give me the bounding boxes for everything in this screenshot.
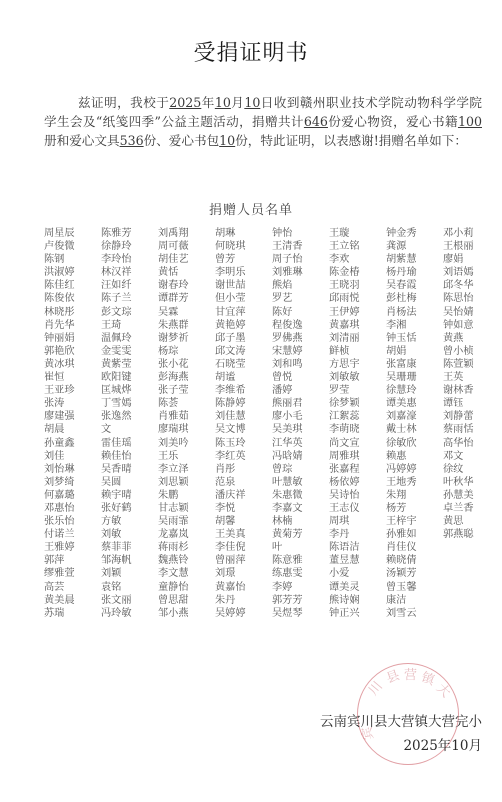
donor-name: 周星辰 (44, 227, 75, 240)
donor-name: 杨琮 (158, 345, 178, 358)
donor-name: 谭美惠 (386, 397, 417, 410)
donor-name: 周琪 (329, 515, 349, 528)
total-items: 646 (304, 114, 328, 129)
donor-name: 赖宇晴 (101, 489, 132, 502)
donor-name: 方思宇 (329, 358, 360, 371)
donor-name: 曾玉馨 (386, 581, 417, 594)
donor-name: 朱丹 (215, 594, 235, 607)
donor-name: 刘怡琳 (44, 463, 75, 476)
donor-name: 李佳倪 (215, 541, 246, 554)
donor-name: 吴婷婷 (215, 607, 246, 620)
donor-name-grid: 周星辰陈雅芳刘禹翔胡琳钟怡王璇钟金秀邓小莉卢俊微徐静玲周可薇何晓琪王清香王立铭龚… (44, 227, 502, 620)
donor-name: 温佩玲 (101, 332, 132, 345)
donor-name: 黄思 (443, 515, 463, 528)
donor-row: 付诺兰刘敏龙嘉岚王美真黄菊芳李丹孙雅如郭燕聪 (44, 528, 502, 541)
donor-name: 何晓琪 (215, 240, 246, 253)
donor-name: 丁雪嫣 (101, 397, 132, 410)
donor-name: 张好鹤 (101, 502, 132, 515)
donor-row: 陈俊依陈子兰谭群芳但小莹罗艺邱雨悦彭杜梅陈思怡 (44, 292, 502, 305)
donor-name: 郭芳芳 (272, 594, 303, 607)
donor-name: 胡谧 (215, 371, 235, 384)
donor-name: 钟怡 (272, 227, 292, 240)
para-text: 月 (231, 95, 244, 110)
donor-name: 王地秀 (386, 476, 417, 489)
donor-name: 王立铭 (329, 240, 360, 253)
para-text: 兹证明，我校于 (78, 95, 169, 110)
donor-name: 黄嘉怡 (215, 581, 246, 594)
donor-row: 陈钢李玲怡胡佳艺曾芳周子怡李欢胡紫慧廖娟 (44, 253, 502, 266)
donor-name: 王伊婷 (329, 306, 360, 319)
donor-name: 朱翔 (386, 489, 406, 502)
donor-name: 王志仪 (329, 502, 360, 515)
donation-year: 2025 (169, 95, 201, 110)
donor-name: 王琦 (101, 319, 121, 332)
para-text: 册和爱心文具 (44, 133, 120, 148)
donor-name: 熊焰 (272, 279, 292, 292)
donor-name: 邹小燕 (158, 607, 189, 620)
donor-name: 吴美琪 (272, 423, 303, 436)
donor-name: 戴士林 (386, 423, 417, 436)
donor-name: 刘佳慧 (215, 410, 246, 423)
donor-name: 黄冰琪 (44, 358, 75, 371)
donor-name: 谢林香 (443, 384, 474, 397)
donor-name: 廖小毛 (272, 410, 303, 423)
donor-name: 王乐 (158, 450, 178, 463)
donor-name: 李文慧 (158, 567, 189, 580)
donor-name: 匡城烨 (101, 384, 132, 397)
stamp-char: 县 (383, 664, 402, 686)
donor-name: 彭文琮 (101, 306, 132, 319)
donor-name: 李嘉文 (272, 502, 303, 515)
donor-name: 徐敏欣 (386, 437, 417, 450)
donor-name: 龙嘉岚 (158, 528, 189, 541)
donor-name: 张文丽 (101, 594, 132, 607)
donor-name: 欧阳键 (101, 371, 132, 384)
donor-name: 朱鹏 (158, 489, 178, 502)
donor-name: 谢春玲 (158, 279, 189, 292)
donor-name: 胡紫慧 (386, 253, 417, 266)
donor-name: 范泉 (215, 476, 235, 489)
donor-name: 杨丹瑜 (386, 266, 417, 279)
donor-name: 刘和鸣 (272, 358, 303, 371)
donor-name: 陈思怡 (443, 292, 474, 305)
donor-name: 李立泽 (158, 463, 189, 476)
donor-name: 王英 (443, 371, 463, 384)
donor-name: 谭群芳 (158, 292, 189, 305)
donor-row: 何嘉璐赖宇晴朱鹏潘庆祥朱惠微吴诗怡朱翔孙慧美 (44, 489, 502, 502)
donor-name: 曾芳 (215, 253, 235, 266)
donor-name: 王梓宇 (386, 515, 417, 528)
donor-name: 龚源 (386, 240, 406, 253)
donor-name: 金雯雯 (101, 345, 132, 358)
donor-name: 肖杨法 (386, 306, 417, 319)
signature-date: 2025年10月 (403, 734, 482, 754)
donor-name: 黄嘉琪 (329, 319, 360, 332)
donor-name: 孙雅如 (386, 528, 417, 541)
donor-name: 程俊逸 (272, 319, 303, 332)
donor-name: 王美真 (215, 528, 246, 541)
donor-name: 胡佳艺 (158, 253, 189, 266)
donor-name: 陈雅芳 (101, 227, 132, 240)
donor-name: 钟丽娟 (44, 332, 75, 345)
donor-name: 林楠 (272, 515, 292, 528)
donor-name: 吴霖 (158, 306, 178, 319)
donor-name: 李红英 (215, 450, 246, 463)
donor-name: 苏瑞 (44, 607, 64, 620)
donor-name: 徐纹 (443, 463, 463, 476)
donor-name: 熊诗娴 (329, 594, 360, 607)
donor-name: 王清香 (272, 240, 303, 253)
donor-name: 鲜桢 (329, 345, 349, 358)
donor-name: 袁铭 (101, 581, 121, 594)
donor-name: 陈荟 (158, 397, 178, 410)
donor-name: 陈佳红 (44, 279, 75, 292)
donor-name: 石晓莹 (215, 358, 246, 371)
donor-row: 郭艳欣金雯雯杨琮邱文涛宋慧婷鲜桢胡娟曾小桢 (44, 345, 502, 358)
donor-name: 冯婷婷 (386, 463, 417, 476)
donor-row: 卢俊微徐静玲周可薇何晓琪王清香王立铭龚源王根丽 (44, 240, 502, 253)
donor-name: 蔡菲菲 (101, 541, 132, 554)
donor-name: 李明乐 (215, 266, 246, 279)
donor-name: 刘敏敏 (329, 371, 360, 384)
donor-name: 彭杜梅 (386, 292, 417, 305)
donor-list-title: 捐赠人员名单 (0, 199, 502, 218)
donor-name: 方敏 (101, 515, 121, 528)
donor-name: 邓惠怡 (44, 502, 75, 515)
donor-row: 刘怡琳吴香晴李立泽肖彤曾琮张嘉程冯婷婷徐纹 (44, 463, 502, 476)
donor-name: 高华怡 (443, 437, 474, 450)
donor-name: 高芸 (44, 581, 64, 594)
donor-name: 肖佳仪 (386, 541, 417, 554)
donor-row: 苏瑞冯玲敏邹小燕吴婷婷吴煜琴钟正兴刘雪云 (44, 607, 502, 620)
donor-name: 肖雅茹 (158, 410, 189, 423)
donor-name: 谢世喆 (215, 279, 246, 292)
donor-name: 刘静蕾 (443, 410, 474, 423)
donor-name: 杨依婷 (329, 476, 360, 489)
donor-name: 汪如纤 (101, 279, 132, 292)
donor-name: 邓小莉 (443, 227, 474, 240)
donor-row: 廖建强张逸然肖雅茹刘佳慧廖小毛江絮蕊刘嘉濠刘静蕾 (44, 410, 502, 423)
donor-name: 吴文博 (215, 423, 246, 436)
donor-name: 童静怡 (158, 581, 189, 594)
donor-name: 刘颖 (101, 567, 121, 580)
donor-name: 罗佛燕 (272, 332, 303, 345)
donor-name: 尚文宣 (329, 437, 360, 450)
donor-name: 吴雨霏 (158, 515, 189, 528)
donor-row: 王亚珍匡城烨张子莹李维希潘婷罗莹徐慧玲谢林香 (44, 384, 502, 397)
stamp-char: 营 (404, 664, 417, 683)
donor-name: 孙慧美 (443, 489, 474, 502)
donor-row: 王雅婷蔡菲菲蒋雨杉李佳倪叶陈语洁肖佳仪 (44, 541, 502, 554)
donor-name: 徐梦颖 (329, 397, 360, 410)
donor-name: 林晓彤 (44, 306, 75, 319)
donor-row: 黄美晨张文丽曾思甜朱丹郭芳芳熊诗娴康洁 (44, 594, 502, 607)
donor-name: 陈意雅 (272, 554, 303, 567)
donor-name: 潘婷 (272, 384, 292, 397)
donor-name: 陈语洁 (329, 541, 360, 554)
donor-name: 康洁 (386, 594, 406, 607)
donor-name: 江絮蕊 (329, 410, 360, 423)
donor-name: 王晓羽 (329, 279, 360, 292)
donor-name: 钟玉恬 (386, 332, 417, 345)
donor-name: 吴诗怡 (329, 489, 360, 502)
donor-name: 冯玲敏 (101, 607, 132, 620)
donor-name: 何嘉璐 (44, 489, 75, 502)
donor-name: 吴珊珊 (386, 371, 417, 384)
donor-name: 陈俊依 (44, 292, 75, 305)
donor-name: 吴春霞 (386, 279, 417, 292)
donor-name: 张涛 (44, 397, 64, 410)
donor-name: 陈萱颖 (443, 358, 474, 371)
donor-name: 陈钢 (44, 253, 64, 266)
donor-name: 卓兰香 (443, 502, 474, 515)
donor-row: 钟丽娟温佩玲谢梦祈邱子墨罗佛燕刘清丽钟玉恬黄燕 (44, 332, 502, 345)
donor-name: 吴圆 (101, 476, 121, 489)
donor-name: 黄美晨 (44, 594, 75, 607)
donor-name: 叶秋华 (443, 476, 474, 489)
donor-name: 练惠雯 (272, 567, 303, 580)
donation-month: 10 (215, 95, 231, 110)
donor-name: 肖彤 (215, 463, 235, 476)
donor-name: 小爱 (329, 567, 349, 580)
donor-name: 魏燕铃 (158, 554, 189, 567)
donor-name: 董昱慧 (329, 554, 360, 567)
donor-name: 王根丽 (443, 240, 474, 253)
donor-name: 曾悦 (272, 371, 292, 384)
donor-row: 孙童鑫雷佳瑶刘美吟陈玉玲江华英尚文宣徐敏欣高华怡 (44, 437, 502, 450)
donor-name: 李悦 (215, 502, 235, 515)
donor-row: 张涛丁雪嫣陈荟陈静婷熊丽君徐梦颖谭美惠谭钰 (44, 397, 502, 410)
donor-row: 刘梦绮吴圆刘思颖范泉叶慧敏杨依婷王地秀叶秋华 (44, 476, 502, 489)
donor-name: 张逸然 (101, 410, 132, 423)
donor-name: 邓文 (443, 450, 463, 463)
para-text: 份，特此证明，以表感谢!捐赠名单如下： (235, 133, 467, 148)
donor-name: 缪雅萱 (44, 567, 75, 580)
donor-name: 廖娟 (443, 253, 463, 266)
donor-name: 刘雅琳 (272, 266, 303, 279)
donor-name: 李丹 (329, 528, 349, 541)
donor-name: 罗莹 (329, 384, 349, 397)
donor-row: 高芸袁铭童静怡黄嘉怡李婷谭美灵曾玉馨 (44, 581, 502, 594)
books-count: 100 (458, 114, 482, 129)
stamp-char: 大 (433, 678, 456, 701)
donor-name: 胡晨 (44, 423, 64, 436)
donor-name: 周雅琪 (329, 450, 360, 463)
donor-name: 邱雨悦 (329, 292, 360, 305)
donor-name: 李欢 (329, 253, 349, 266)
donor-name: 廖瑞琪 (158, 423, 189, 436)
donor-name: 邹海帆 (101, 554, 132, 567)
donor-name: 但小莹 (215, 292, 246, 305)
donor-name: 吴香晴 (101, 463, 132, 476)
donor-name: 周可薇 (158, 240, 189, 253)
donor-name: 张乐怡 (44, 515, 75, 528)
para-text: 份、爱心书包 (144, 133, 220, 148)
donor-name: 刘清丽 (329, 332, 360, 345)
donor-name: 钟如意 (443, 319, 474, 332)
donor-name: 赖佳怡 (101, 450, 132, 463)
donor-name: 文 (101, 423, 111, 436)
donor-name: 李婷 (272, 581, 292, 594)
donor-name: 刘语嫣 (443, 266, 474, 279)
donor-name: 邱冬华 (443, 279, 474, 292)
donor-row: 黄冰琪黄紫莹张小花石晓莹刘和鸣方思宇张富康陈萱颖 (44, 358, 502, 371)
donor-name: 曾琮 (272, 463, 292, 476)
signature-organization: 云南宾川县大营镇大营完小 (320, 710, 482, 730)
donor-name: 肖先华 (44, 319, 75, 332)
donor-row: 崔恒欧阳键彭海燕胡谧曾悦刘敏敏吴珊珊王英 (44, 371, 502, 384)
donor-name: 黄紫莹 (101, 358, 132, 371)
donor-row: 陈佳红汪如纤谢春玲谢世喆熊焰王晓羽吴春霞邱冬华 (44, 279, 502, 292)
donor-name: 王雅婷 (44, 541, 75, 554)
stamp-char: 镇 (419, 666, 438, 688)
donor-name: 胡馨 (215, 515, 235, 528)
bags-count: 10 (219, 133, 235, 148)
donor-name: 张富康 (386, 358, 417, 371)
donor-name: 宋慧婷 (272, 345, 303, 358)
donor-name: 刘思颖 (158, 476, 189, 489)
donor-name: 李维希 (215, 384, 246, 397)
donor-name: 郭艳欣 (44, 345, 75, 358)
donor-name: 刘嘉濠 (386, 410, 417, 423)
donor-name: 徐慧玲 (386, 384, 417, 397)
donor-name: 刘敏 (101, 528, 121, 541)
donor-name: 黄菊芳 (272, 528, 303, 541)
donor-name: 蒋雨杉 (158, 541, 189, 554)
donor-name: 张嘉程 (329, 463, 360, 476)
donor-row: 缪雅萱刘颖李文慧刘璟练惠雯小爱汤颖芳 (44, 567, 502, 580)
donor-name: 陈玉玲 (215, 437, 246, 450)
donor-name: 蔡雨恬 (443, 423, 474, 436)
donor-name: 刘雪云 (386, 607, 417, 620)
donor-name: 陈静婷 (215, 397, 246, 410)
donor-row: 刘佳赖佳怡王乐李红英冯晗婧周雅琪赖惠邓文 (44, 450, 502, 463)
donor-row: 洪淑婷林汉祥黄恬李明乐刘雅琳陈金椿杨丹瑜刘语嫣 (44, 266, 502, 279)
donor-row: 胡晨文廖瑞琪吴文博吴美琪李萌晓戴士林蔡雨恬 (44, 423, 502, 436)
donor-name: 叶 (272, 541, 282, 554)
donor-name: 冯晗婧 (272, 450, 303, 463)
donor-name: 潘庆祥 (215, 489, 246, 502)
donor-name: 卢俊微 (44, 240, 75, 253)
donor-name: 郭萍 (44, 554, 64, 567)
donor-name: 李湘 (386, 319, 406, 332)
donor-name: 陈子兰 (101, 292, 132, 305)
donor-name: 黄恬 (158, 266, 178, 279)
document-title: 受捐证明书 (0, 36, 502, 67)
donor-name: 陈金椿 (329, 266, 360, 279)
donor-name: 廖建强 (44, 410, 75, 423)
donor-name: 赖晓倩 (386, 554, 417, 567)
donor-row: 张乐怡方敏吴雨霏胡馨林楠周琪王梓宇黄思 (44, 515, 502, 528)
donor-name: 甘宜萍 (215, 306, 246, 319)
donor-name: 赖惠 (386, 450, 406, 463)
donor-name: 钟正兴 (329, 607, 360, 620)
donor-name: 彭海燕 (158, 371, 189, 384)
para-text: 年 (201, 95, 214, 110)
donor-name: 邱子墨 (215, 332, 246, 345)
donor-name: 叶慧敏 (272, 476, 303, 489)
donor-name: 熊丽君 (272, 397, 303, 410)
donor-name: 谭美灵 (329, 581, 360, 594)
donor-name: 王亚珍 (44, 384, 75, 397)
donor-name: 江华英 (272, 437, 303, 450)
certificate-paragraph: 兹证明，我校于2025年10月10日收到赣州职业技术学院动物科学学院学生会及“纸… (44, 93, 482, 150)
donor-name: 林汉祥 (101, 266, 132, 279)
donor-name: 雷佳瑶 (101, 437, 132, 450)
donor-name: 朱惠微 (272, 489, 303, 502)
donor-name: 甘志颖 (158, 502, 189, 515)
donor-row: 郭萍邹海帆魏燕铃曾丽萍陈意雅董昱慧赖晓倩 (44, 554, 502, 567)
donor-name: 胡娟 (386, 345, 406, 358)
donor-row: 周星辰陈雅芳刘禹翔胡琳钟怡王璇钟金秀邓小莉 (44, 227, 502, 240)
donor-name: 曾思甜 (158, 594, 189, 607)
donor-name: 胡琳 (215, 227, 235, 240)
donor-name: 张子莹 (158, 384, 189, 397)
donor-name: 刘禹翔 (158, 227, 189, 240)
donor-name: 谭钰 (443, 397, 463, 410)
donor-name: 邱文涛 (215, 345, 246, 358)
donor-name: 张小花 (158, 358, 189, 371)
donor-name: 孙童鑫 (44, 437, 75, 450)
donation-day: 10 (244, 95, 260, 110)
donor-name: 洪淑婷 (44, 266, 75, 279)
stamp-char: 川 (363, 676, 386, 698)
donor-name: 王璇 (329, 227, 349, 240)
para-text: 份爱心物资，爱心书籍 (328, 114, 458, 129)
donor-name: 李萌晓 (329, 423, 360, 436)
donor-name: 曾小桢 (443, 345, 474, 358)
donor-name: 陈好 (272, 306, 292, 319)
donor-name: 刘璟 (215, 567, 235, 580)
donor-name: 朱燕群 (158, 319, 189, 332)
donor-name: 吴怡婧 (443, 306, 474, 319)
donor-name: 曾丽萍 (215, 554, 246, 567)
donor-name: 周子怡 (272, 253, 303, 266)
donor-name: 黄艳婷 (215, 319, 246, 332)
donor-name: 钟金秀 (386, 227, 417, 240)
donor-name: 徐静玲 (101, 240, 132, 253)
donor-name: 谢梦祈 (158, 332, 189, 345)
donor-name: 刘佳 (44, 450, 64, 463)
donor-name: 付诺兰 (44, 528, 75, 541)
donor-name: 郭燕聪 (443, 528, 474, 541)
donor-row: 肖先华王琦朱燕群黄艳婷程俊逸黄嘉琪李湘钟如意 (44, 319, 502, 332)
donor-row: 邓惠怡张好鹤甘志颖李悦李嘉文王志仪杨芳卓兰香 (44, 502, 502, 515)
donor-name: 汤颖芳 (386, 567, 417, 580)
donor-name: 杨芳 (386, 502, 406, 515)
donor-row: 林晓彤彭文琮吴霖甘宜萍陈好王伊婷肖杨法吴怡婧 (44, 306, 502, 319)
donor-name: 李玲怡 (101, 253, 132, 266)
donor-name: 黄燕 (443, 332, 463, 345)
donor-name: 吴煜琴 (272, 607, 303, 620)
donor-name: 罗艺 (272, 292, 292, 305)
donor-name: 崔恒 (44, 371, 64, 384)
donor-name: 刘美吟 (158, 437, 189, 450)
stationery-count: 536 (120, 133, 144, 148)
donor-name: 刘梦绮 (44, 476, 75, 489)
